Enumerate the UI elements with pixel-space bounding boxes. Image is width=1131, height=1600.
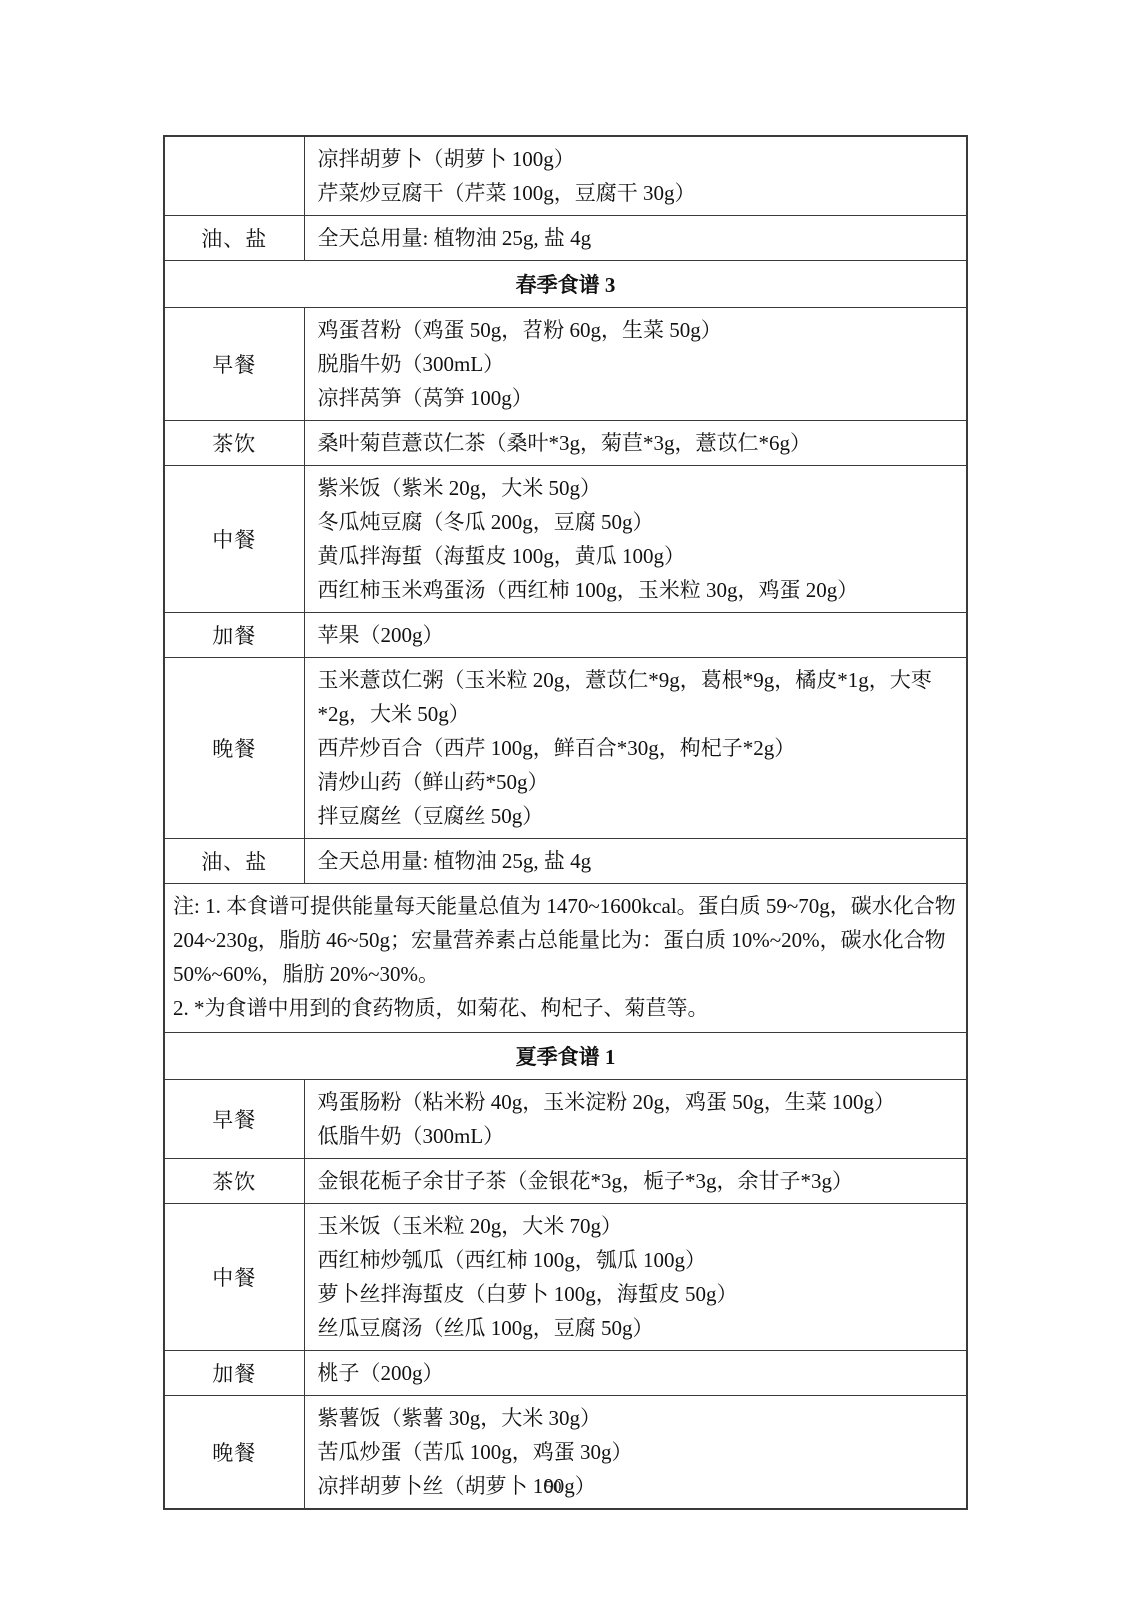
meal-content-cell: 全天总用量: 植物油 25g, 盐 4g (304, 839, 967, 884)
meal-content-cell: 凉拌胡萝卜（胡萝卜 100g）芹菜炒豆腐干（芹菜 100g，豆腐干 30g） (304, 136, 967, 216)
meal-label-cell: 中餐 (164, 466, 304, 613)
meal-label-cell (164, 136, 304, 216)
meal-label-cell: 油、盐 (164, 216, 304, 261)
dish-line: 黄瓜拌海蜇（海蜇皮 100g，黄瓜 100g） (318, 539, 957, 573)
dish-line: 凉拌莴笋（莴笋 100g） (318, 381, 957, 415)
dish-line: 低脂牛奶（300mL） (318, 1119, 957, 1153)
meal-label-cell: 中餐 (164, 1204, 304, 1351)
dish-line: 冬瓜炖豆腐（冬瓜 200g，豆腐 50g） (318, 505, 957, 539)
dish-line: 西红柿玉米鸡蛋汤（西红柿 100g，玉米粒 30g，鸡蛋 20g） (318, 573, 957, 607)
dish-line: 西红柿炒瓠瓜（西红柿 100g，瓠瓜 100g） (318, 1243, 957, 1277)
dish-line: 玉米饭（玉米粒 20g，大米 70g） (318, 1209, 957, 1243)
meal-label-cell: 早餐 (164, 308, 304, 421)
dish-line: 金银花栀子余甘子茶（金银花*3g，栀子*3g，余甘子*3g） (318, 1164, 957, 1198)
meal-label: 加餐 (212, 624, 256, 648)
meal-label: 油、盐 (201, 227, 267, 251)
table-row: 早餐鸡蛋肠粉（粘米粉 40g，玉米淀粉 20g，鸡蛋 50g，生菜 100g）低… (164, 1080, 967, 1159)
document-page: 凉拌胡萝卜（胡萝卜 100g）芹菜炒豆腐干（芹菜 100g，豆腐干 30g）油、… (0, 0, 1131, 1600)
table-row: 注: 1. 本食谱可提供能量每天能量总值为 1470~1600kcal。蛋白质 … (164, 884, 967, 1033)
table-row: 油、盐全天总用量: 植物油 25g, 盐 4g (164, 839, 967, 884)
table-row: 中餐紫米饭（紫米 20g，大米 50g）冬瓜炖豆腐（冬瓜 200g，豆腐 50g… (164, 466, 967, 613)
table-row: 早餐鸡蛋苕粉（鸡蛋 50g，苕粉 60g，生菜 50g）脱脂牛奶（300mL）凉… (164, 308, 967, 421)
section-title: 春季食谱 3 (516, 273, 616, 297)
dish-line: 苹果（200g） (318, 618, 957, 652)
dish-line: 玉米薏苡仁粥（玉米粒 20g，薏苡仁*9g，葛根*9g，橘皮*1g，大枣*2g，… (318, 663, 957, 731)
section-header-cell: 夏季食谱 1 (164, 1033, 967, 1080)
note-line: 注: 1. 本食谱可提供能量每天能量总值为 1470~1600kcal。蛋白质 … (173, 889, 958, 991)
dish-line: 桑叶菊苣薏苡仁茶（桑叶*3g，菊苣*3g，薏苡仁*6g） (318, 426, 957, 460)
dish-line: 凉拌胡萝卜（胡萝卜 100g） (318, 142, 957, 176)
meal-content-cell: 桃子（200g） (304, 1351, 967, 1396)
meal-content-cell: 玉米薏苡仁粥（玉米粒 20g，薏苡仁*9g，葛根*9g，橘皮*1g，大枣*2g，… (304, 658, 967, 839)
dish-line: 紫米饭（紫米 20g，大米 50g） (318, 471, 957, 505)
dish-line: 脱脂牛奶（300mL） (318, 347, 957, 381)
meal-label: 晚餐 (212, 1441, 256, 1465)
dish-line: 芹菜炒豆腐干（芹菜 100g，豆腐干 30g） (318, 176, 957, 210)
meal-content-cell: 鸡蛋苕粉（鸡蛋 50g，苕粉 60g，生菜 50g）脱脂牛奶（300mL）凉拌莴… (304, 308, 967, 421)
dish-line: 全天总用量: 植物油 25g, 盐 4g (318, 221, 957, 255)
table-row: 夏季食谱 1 (164, 1033, 967, 1080)
table-row: 凉拌胡萝卜（胡萝卜 100g）芹菜炒豆腐干（芹菜 100g，豆腐干 30g） (164, 136, 967, 216)
meal-content-cell: 桑叶菊苣薏苡仁茶（桑叶*3g，菊苣*3g，薏苡仁*6g） (304, 421, 967, 466)
dish-line: 紫薯饭（紫薯 30g，大米 30g） (318, 1401, 957, 1435)
meal-label-cell: 早餐 (164, 1080, 304, 1159)
section-title: 夏季食谱 1 (516, 1045, 616, 1069)
dish-line: 苦瓜炒蛋（苦瓜 100g，鸡蛋 30g） (318, 1435, 957, 1469)
table-row: 油、盐全天总用量: 植物油 25g, 盐 4g (164, 216, 967, 261)
dish-line: 西芹炒百合（西芹 100g，鲜百合*30g，枸杞子*2g） (318, 731, 957, 765)
meal-content-cell: 苹果（200g） (304, 613, 967, 658)
dish-line: 全天总用量: 植物油 25g, 盐 4g (318, 844, 957, 878)
table-row: 中餐玉米饭（玉米粒 20g，大米 70g）西红柿炒瓠瓜（西红柿 100g，瓠瓜 … (164, 1204, 967, 1351)
meal-label-cell: 茶饮 (164, 1159, 304, 1204)
notes-cell: 注: 1. 本食谱可提供能量每天能量总值为 1470~1600kcal。蛋白质 … (164, 884, 967, 1033)
meal-label-cell: 晚餐 (164, 658, 304, 839)
section-header-cell: 春季食谱 3 (164, 261, 967, 308)
meal-content-cell: 金银花栀子余甘子茶（金银花*3g，栀子*3g，余甘子*3g） (304, 1159, 967, 1204)
table-row: 春季食谱 3 (164, 261, 967, 308)
page-number: 50 (0, 1477, 1106, 1497)
meal-label: 中餐 (212, 528, 256, 552)
note-line: 2. *为食谱中用到的食药物质，如菊花、枸杞子、菊苣等。 (173, 991, 958, 1025)
meal-label: 早餐 (212, 1108, 256, 1132)
meal-content-cell: 玉米饭（玉米粒 20g，大米 70g）西红柿炒瓠瓜（西红柿 100g，瓠瓜 10… (304, 1204, 967, 1351)
dish-line: 萝卜丝拌海蜇皮（白萝卜 100g，海蜇皮 50g） (318, 1277, 957, 1311)
meal-label: 油、盐 (201, 850, 267, 874)
dish-line: 鸡蛋苕粉（鸡蛋 50g，苕粉 60g，生菜 50g） (318, 313, 957, 347)
meal-label-cell: 茶饮 (164, 421, 304, 466)
meal-label: 晚餐 (212, 737, 256, 761)
menu-table-body: 凉拌胡萝卜（胡萝卜 100g）芹菜炒豆腐干（芹菜 100g，豆腐干 30g）油、… (164, 136, 967, 1509)
dish-line: 丝瓜豆腐汤（丝瓜 100g，豆腐 50g） (318, 1311, 957, 1345)
meal-label: 茶饮 (212, 432, 256, 456)
table-row: 晚餐玉米薏苡仁粥（玉米粒 20g，薏苡仁*9g，葛根*9g，橘皮*1g，大枣*2… (164, 658, 967, 839)
meal-content-cell: 紫米饭（紫米 20g，大米 50g）冬瓜炖豆腐（冬瓜 200g，豆腐 50g）黄… (304, 466, 967, 613)
dish-line: 拌豆腐丝（豆腐丝 50g） (318, 799, 957, 833)
meal-label-cell: 油、盐 (164, 839, 304, 884)
dish-line: 清炒山药（鲜山药*50g） (318, 765, 957, 799)
meal-label-cell: 加餐 (164, 1351, 304, 1396)
meal-label-cell: 加餐 (164, 613, 304, 658)
meal-content-cell: 鸡蛋肠粉（粘米粉 40g，玉米淀粉 20g，鸡蛋 50g，生菜 100g）低脂牛… (304, 1080, 967, 1159)
dish-line: 鸡蛋肠粉（粘米粉 40g，玉米淀粉 20g，鸡蛋 50g，生菜 100g） (318, 1085, 957, 1119)
table-row: 加餐桃子（200g） (164, 1351, 967, 1396)
meal-label: 早餐 (212, 353, 256, 377)
table-row: 茶饮桑叶菊苣薏苡仁茶（桑叶*3g，菊苣*3g，薏苡仁*6g） (164, 421, 967, 466)
dish-line: 桃子（200g） (318, 1356, 957, 1390)
meal-label: 茶饮 (212, 1170, 256, 1194)
meal-label: 中餐 (212, 1266, 256, 1290)
meal-label: 加餐 (212, 1362, 256, 1386)
menu-table: 凉拌胡萝卜（胡萝卜 100g）芹菜炒豆腐干（芹菜 100g，豆腐干 30g）油、… (163, 135, 968, 1510)
table-row: 茶饮金银花栀子余甘子茶（金银花*3g，栀子*3g，余甘子*3g） (164, 1159, 967, 1204)
meal-content-cell: 全天总用量: 植物油 25g, 盐 4g (304, 216, 967, 261)
table-row: 加餐苹果（200g） (164, 613, 967, 658)
